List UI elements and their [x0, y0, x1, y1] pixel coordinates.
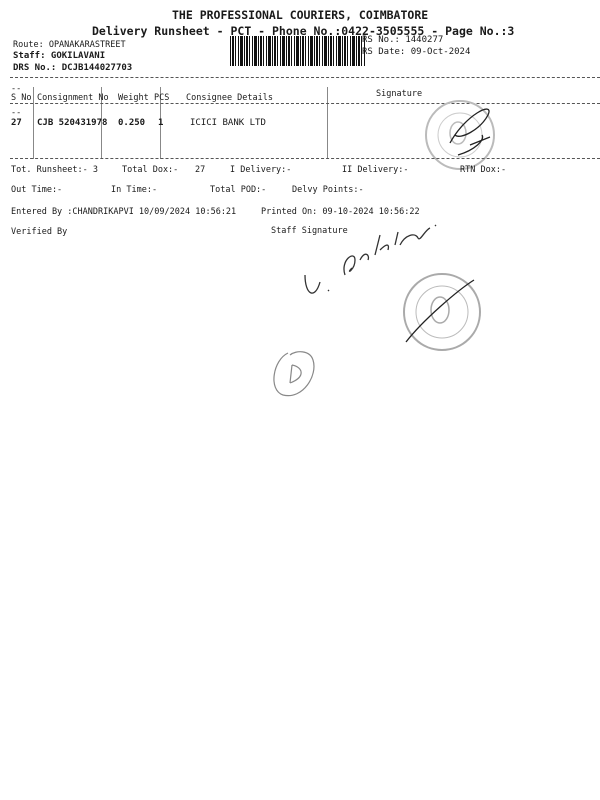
col-consignment: Consignment No [37, 93, 109, 103]
in-time: In Time:- [111, 185, 157, 195]
circled-mark-icon [268, 345, 323, 400]
column-divider [327, 87, 328, 159]
col-signature: Signature [376, 89, 422, 99]
printed-on: Printed On: 09-10-2024 10:56:22 [261, 207, 420, 217]
col-pcs: PCS [154, 93, 169, 103]
entered-by: Entered By :CHANDRIKAPVI 10/09/2024 10:5… [11, 207, 236, 217]
rtn-dox: RTN Dox:- [460, 165, 506, 175]
bank-stamp-icon [398, 270, 488, 355]
tot-runsheet: Tot. Runsheet:- 3 [11, 165, 98, 175]
staff: Staff: GOKILAVANI [13, 51, 105, 61]
drs-number: DRS No.: DCJB144027703 [13, 63, 132, 73]
divider [10, 77, 600, 78]
row-consignee: ICICI BANK LTD [190, 118, 266, 128]
col-sno: S No [11, 93, 31, 103]
delvy-points: Delvy Points:- [292, 185, 364, 195]
barcode [230, 36, 365, 66]
rs-number: RS No.: 1440277 [362, 35, 443, 45]
row-consignment: CJB 520431978 [37, 118, 107, 128]
route: Route: OPANAKARASTREET [13, 40, 126, 50]
rs-date: RS Date: 09-Oct-2024 [362, 47, 470, 57]
row-sno: 27 [11, 118, 22, 128]
row-weight: 0.250 [118, 118, 145, 128]
company-title: THE PROFESSIONAL COURIERS, COIMBATORE [172, 8, 428, 22]
i-delivery: I Delivery:- [230, 165, 291, 175]
column-divider [33, 87, 34, 159]
verified-by: Verified By [11, 227, 67, 237]
col-consignee: Consignee Details [186, 93, 273, 103]
total-dox-value: 27 [195, 165, 205, 175]
col-weight: Weight [118, 93, 149, 103]
dash-mark: -- [11, 108, 21, 118]
total-dox: Total Dox:- [122, 165, 178, 175]
row-pcs: 1 [158, 118, 163, 128]
out-time: Out Time:- [11, 185, 62, 195]
divider [10, 103, 600, 104]
ii-delivery: II Delivery:- [342, 165, 409, 175]
total-pod: Total POD:- [210, 185, 266, 195]
divider [10, 158, 600, 159]
bank-stamp-icon [420, 95, 510, 175]
